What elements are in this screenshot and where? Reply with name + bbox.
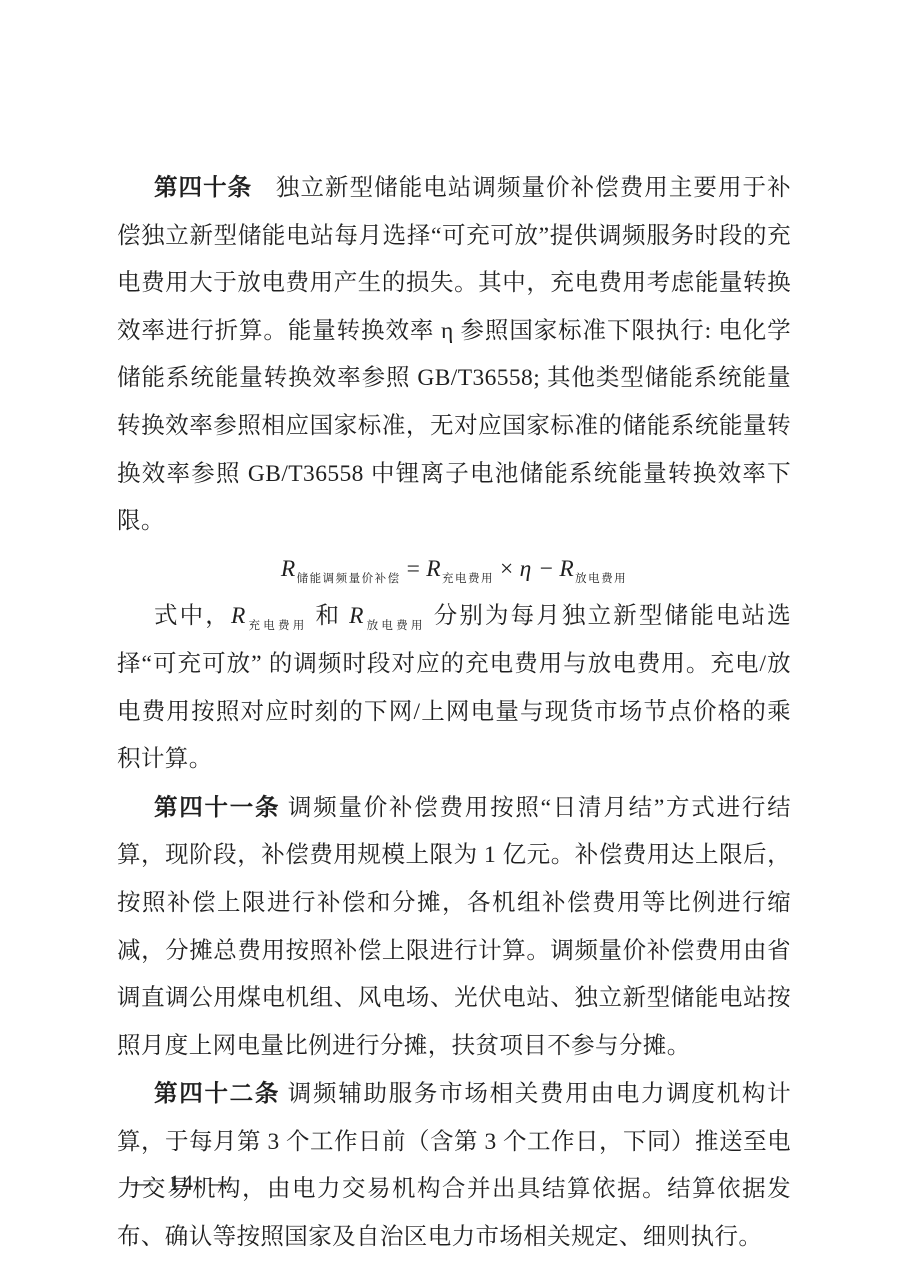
text-run: 调频辅助服务市场相关费用由电力调度机构计算，于每月第 3 个工作日前（含第 3 … bbox=[117, 1081, 791, 1250]
math-term: R充电费用 bbox=[231, 603, 308, 629]
article-42-paragraph: 第四十二条 调频辅助服务市场相关费用由电力调度机构计算，于每月第 3 个工作日前… bbox=[117, 1070, 791, 1261]
document-page: 第四十条独立新型储能电站调频量价补偿费用主要用于补偿独立新型储能电站每月选择“可… bbox=[0, 0, 900, 1272]
footer-right-dash: — bbox=[209, 1170, 233, 1195]
math-variable: R bbox=[349, 603, 365, 629]
text-run: 独立新型储能电站调频量价补偿费用主要用于补偿独立新型储能电站每月选择“可充可放”… bbox=[117, 175, 791, 534]
math-subscript: 储能调频量价补偿 bbox=[297, 573, 401, 585]
math-variable: R bbox=[559, 556, 575, 582]
math-subscript: 放电费用 bbox=[575, 573, 627, 585]
math-variable: R bbox=[281, 556, 297, 582]
math-term: R储能调频量价补偿 bbox=[281, 556, 401, 582]
math-subscript: 充电费用 bbox=[247, 620, 308, 632]
page-number: 14 bbox=[155, 1170, 209, 1195]
math-subscript: 充电费用 bbox=[442, 573, 494, 585]
math-subscript: 放电费用 bbox=[365, 620, 426, 632]
math-operator: − bbox=[534, 556, 560, 582]
math-operator: = bbox=[401, 556, 427, 582]
math-term: R放电费用 bbox=[349, 603, 426, 629]
math-variable: R bbox=[426, 556, 442, 582]
formula-explanation-paragraph: 式中，R充电费用 和 R放电费用 分别为每月独立新型储能电站选择“可充可放” 的… bbox=[117, 593, 791, 783]
article-heading: 第四十条 bbox=[154, 174, 252, 200]
article-41-paragraph: 第四十一条 调频量价补偿费用按照“日清月结”方式进行结算，现阶段，补偿费用规模上… bbox=[117, 784, 791, 1071]
math-variable: R bbox=[231, 603, 247, 629]
math-term: R放电费用 bbox=[559, 556, 627, 582]
page-footer: —14— bbox=[131, 1170, 233, 1196]
text-run: 调频量价补偿费用按照“日清月结”方式进行结算，现阶段，补偿费用规模上限为 1 亿… bbox=[117, 795, 791, 1059]
math-term: R充电费用 bbox=[426, 556, 494, 582]
text-run: 和 bbox=[307, 603, 349, 629]
text-run: 式中， bbox=[154, 603, 231, 629]
compensation-formula: R储能调频量价补偿=R充电费用×η−R放电费用 bbox=[117, 546, 791, 594]
document-body: 第四十条独立新型储能电站调频量价补偿费用主要用于补偿独立新型储能电站每月选择“可… bbox=[117, 164, 791, 1262]
math-variable: η bbox=[520, 556, 534, 582]
article-40-paragraph: 第四十条独立新型储能电站调频量价补偿费用主要用于补偿独立新型储能电站每月选择“可… bbox=[117, 164, 791, 546]
footer-left-dash: — bbox=[131, 1170, 155, 1195]
article-heading: 第四十一条 bbox=[154, 794, 280, 820]
article-heading: 第四十二条 bbox=[154, 1080, 280, 1106]
math-operator: × bbox=[494, 556, 520, 582]
